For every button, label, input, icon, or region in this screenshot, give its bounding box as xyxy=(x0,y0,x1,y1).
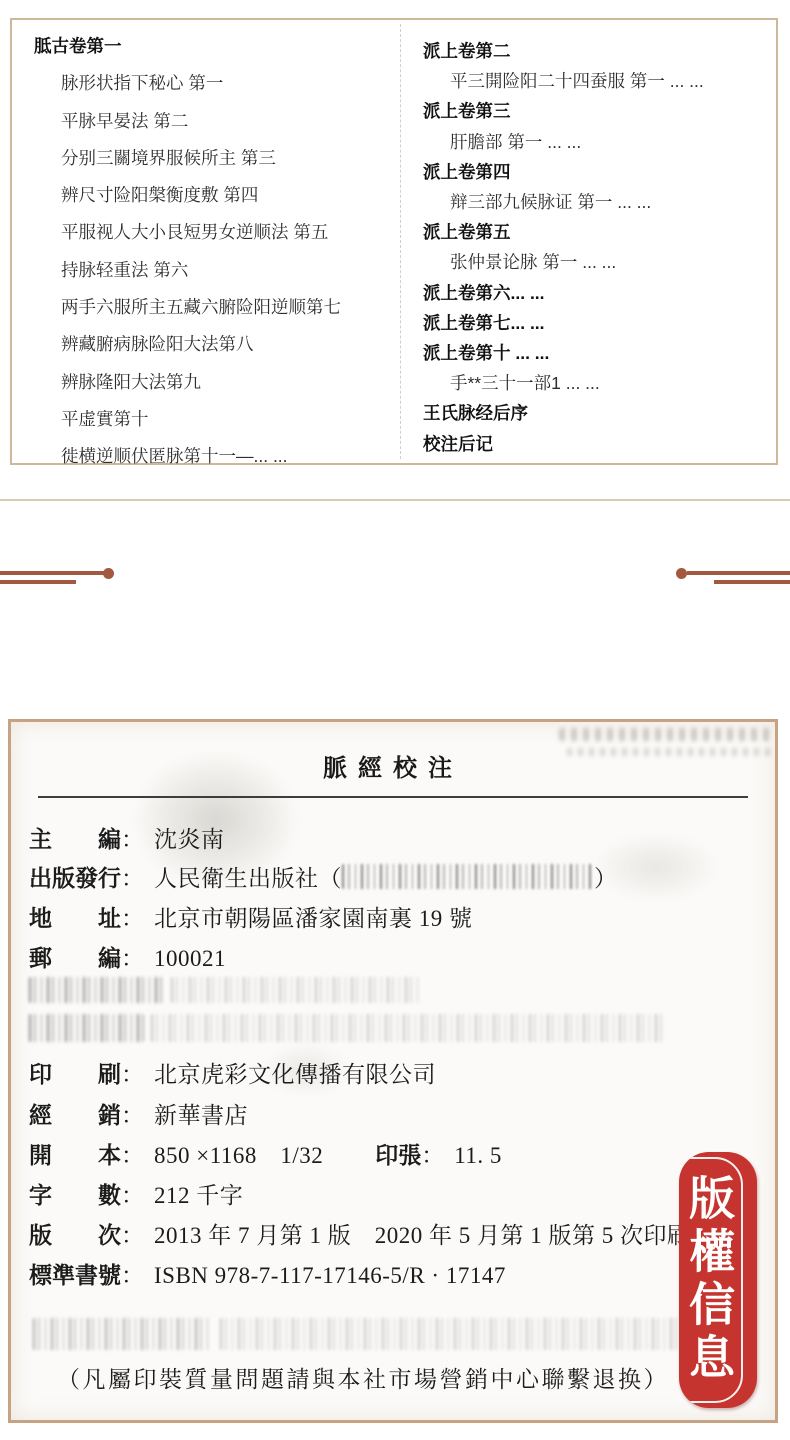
ornament-line-right-short xyxy=(714,580,790,584)
row-value: 100021 xyxy=(154,946,226,971)
censored-segment xyxy=(33,1318,213,1350)
ornament-line-right xyxy=(687,571,790,575)
row-colon: ： xyxy=(121,1103,144,1128)
info-row-address: 地 址：北京市朝陽區潘家園南裏 19 號 xyxy=(29,900,473,933)
title-rule xyxy=(38,796,748,798)
info-row-printer: 印 刷：北京虎彩文化傳播有限公司 xyxy=(29,1056,436,1089)
censored-bar xyxy=(29,1014,663,1042)
censored-segment xyxy=(29,1014,144,1042)
paren-close: ） xyxy=(594,866,618,891)
toc-entry: 辨脉隆阳大法第九 xyxy=(34,364,396,401)
paren-open: （ xyxy=(319,866,343,891)
row-value: 人民衛生出版社 xyxy=(154,866,319,891)
toc-entry: 辨尺寸险阳槃衡度敷 第四 xyxy=(34,177,396,214)
row-colon: ： xyxy=(121,1062,144,1087)
toc-entry: 徙横逆顺伏匿脉第十一—... ... xyxy=(34,438,396,475)
toc-heading: 派上卷第五 xyxy=(423,217,768,247)
toc-entry: 辨藏腑病脉险阳大法第八 xyxy=(34,326,396,363)
row-value: 850 ×1168 1/32 xyxy=(154,1143,323,1168)
row-value: ISBN 978-7-117-17146-5/R · 17147 xyxy=(154,1263,506,1288)
row-label: 印 刷 xyxy=(29,1056,121,1089)
toc-entry: 平虚實第十 xyxy=(34,401,396,438)
toc-heading: 派上卷第十 ... ... xyxy=(423,338,768,368)
ornament-line-left xyxy=(0,571,104,575)
row-value: 2013 年 7 月第 1 版 2020 年 5 月第 1 版第 5 次印刷 xyxy=(154,1223,691,1248)
toc-entry: 脉形状指下秘心 第一 xyxy=(34,65,396,102)
toc-heading: 胝古卷第一 xyxy=(34,28,396,65)
row-value: 212 千字 xyxy=(154,1183,243,1208)
row-label: 字 數 xyxy=(29,1177,121,1210)
toc-entry: 张仲景论脉 第一 ... ... xyxy=(423,247,768,277)
row-colon: ： xyxy=(121,827,144,852)
copyright-scan-page: 脈經校注 主 編：沈炎南 出版發行：人民衛生出版社（） 地 址：北京市朝陽區潘家… xyxy=(8,719,778,1423)
toc-heading: 派上卷第三 xyxy=(423,96,768,126)
censored-bar xyxy=(33,1318,678,1350)
toc-entry: 平服视人大小艮短男女逆顺法 第五 xyxy=(34,214,396,251)
toc-heading: 派上卷第四 xyxy=(423,157,768,187)
row-colon: ： xyxy=(121,1263,144,1288)
row-value: 新華書店 xyxy=(154,1103,248,1128)
toc-heading: 王氏脉经后序 xyxy=(423,398,768,428)
quality-notice: （凡屬印裝質量問題請與本社市場營銷中心聯繫退换） xyxy=(57,1361,669,1394)
ornament-dot-left xyxy=(103,568,114,579)
row-label: 開 本 xyxy=(29,1137,121,1170)
section-divider-line xyxy=(0,499,790,501)
toc-entry: 平三開险阳二十四蚕服 第一 ... ... xyxy=(423,66,768,96)
info-row-editor: 主 編：沈炎南 xyxy=(29,821,225,854)
toc-entry: 手**三十一部1 ... ... xyxy=(423,368,768,398)
toc-entry: 持脉轻重法 第六 xyxy=(34,252,396,289)
info-row-format: 開 本：850 ×1168 1/32印張：11. 5 xyxy=(29,1137,502,1170)
row-label: 地 址 xyxy=(29,900,121,933)
censored-bar xyxy=(29,977,423,1003)
row-colon: ： xyxy=(121,946,144,971)
row-colon: ： xyxy=(121,1183,144,1208)
toc-left-column: 胝古卷第一 脉形状指下秘心 第一 平脉早晏法 第二 分别三關境界服候所主 第三 … xyxy=(34,28,396,476)
row-colon: ： xyxy=(121,1143,144,1168)
ornament-line-left-short xyxy=(0,580,76,584)
info-row-publisher: 出版發行：人民衛生出版社（） xyxy=(29,860,618,893)
toc-entry: 分别三關境界服候所主 第三 xyxy=(34,140,396,177)
scan-smudge xyxy=(559,728,774,741)
censored-segment xyxy=(171,977,423,1003)
row-colon: ： xyxy=(121,866,144,891)
censored-bar xyxy=(342,864,594,889)
row-colon: ： xyxy=(121,906,144,931)
toc-entry: 平脉早晏法 第二 xyxy=(34,103,396,140)
row-value-secondary: 11. 5 xyxy=(454,1143,502,1168)
row-label: 經 銷 xyxy=(29,1097,121,1130)
info-row-edition: 版 次：2013 年 7 月第 1 版 2020 年 5 月第 1 版第 5 次… xyxy=(29,1217,691,1250)
toc-panel: 胝古卷第一 脉形状指下秘心 第一 平脉早晏法 第二 分别三關境界服候所主 第三 … xyxy=(10,18,778,465)
censored-segment xyxy=(29,977,164,1003)
toc-entry: 肝膽部 第一 ... ... xyxy=(423,127,768,157)
row-label: 主 編 xyxy=(29,821,121,854)
toc-heading: 派上卷第二 xyxy=(423,36,768,66)
row-value: 沈炎南 xyxy=(154,827,225,852)
row-label: 出版發行 xyxy=(29,860,121,893)
censored-segment xyxy=(151,1014,663,1042)
toc-entry: 两手六服所主五藏六腑险阳逆顺第七 xyxy=(34,289,396,326)
row-label: 版 次 xyxy=(29,1217,121,1250)
toc-heading: 校注后记 xyxy=(423,429,768,459)
book-title: 脈經校注 xyxy=(11,748,775,783)
info-row-wordcount: 字 數：212 千字 xyxy=(29,1177,243,1210)
row-value: 北京市朝陽區潘家園南裏 19 號 xyxy=(154,906,473,931)
row-value: 北京虎彩文化傳播有限公司 xyxy=(154,1062,436,1087)
row-label-secondary: 印張 xyxy=(375,1143,421,1168)
row-label: 標準書號 xyxy=(29,1257,121,1290)
censored-segment xyxy=(220,1318,678,1350)
row-colon: ： xyxy=(421,1143,444,1168)
row-label: 郵 編 xyxy=(29,940,121,973)
toc-heading: 派上卷第七... ... xyxy=(423,308,768,338)
toc-entry: 辩三部九候脉证 第一 ... ... xyxy=(423,187,768,217)
row-colon: ： xyxy=(121,1223,144,1248)
info-row-distributor: 經 銷：新華書店 xyxy=(29,1097,248,1130)
toc-heading: 派上卷第六... ... xyxy=(423,278,768,308)
info-row-postcode: 郵 編：100021 xyxy=(29,940,226,973)
ornament-dot-right xyxy=(676,568,687,579)
info-row-isbn: 標準書號：ISBN 978-7-117-17146-5/R · 17147 xyxy=(29,1257,506,1290)
toc-right-column: 派上卷第二 平三開险阳二十四蚕服 第一 ... ... 派上卷第三 肝膽部 第一… xyxy=(400,24,768,459)
banner-label: 版權信息 xyxy=(683,1152,735,1408)
copyright-banner: 版權信息 xyxy=(679,1152,757,1408)
